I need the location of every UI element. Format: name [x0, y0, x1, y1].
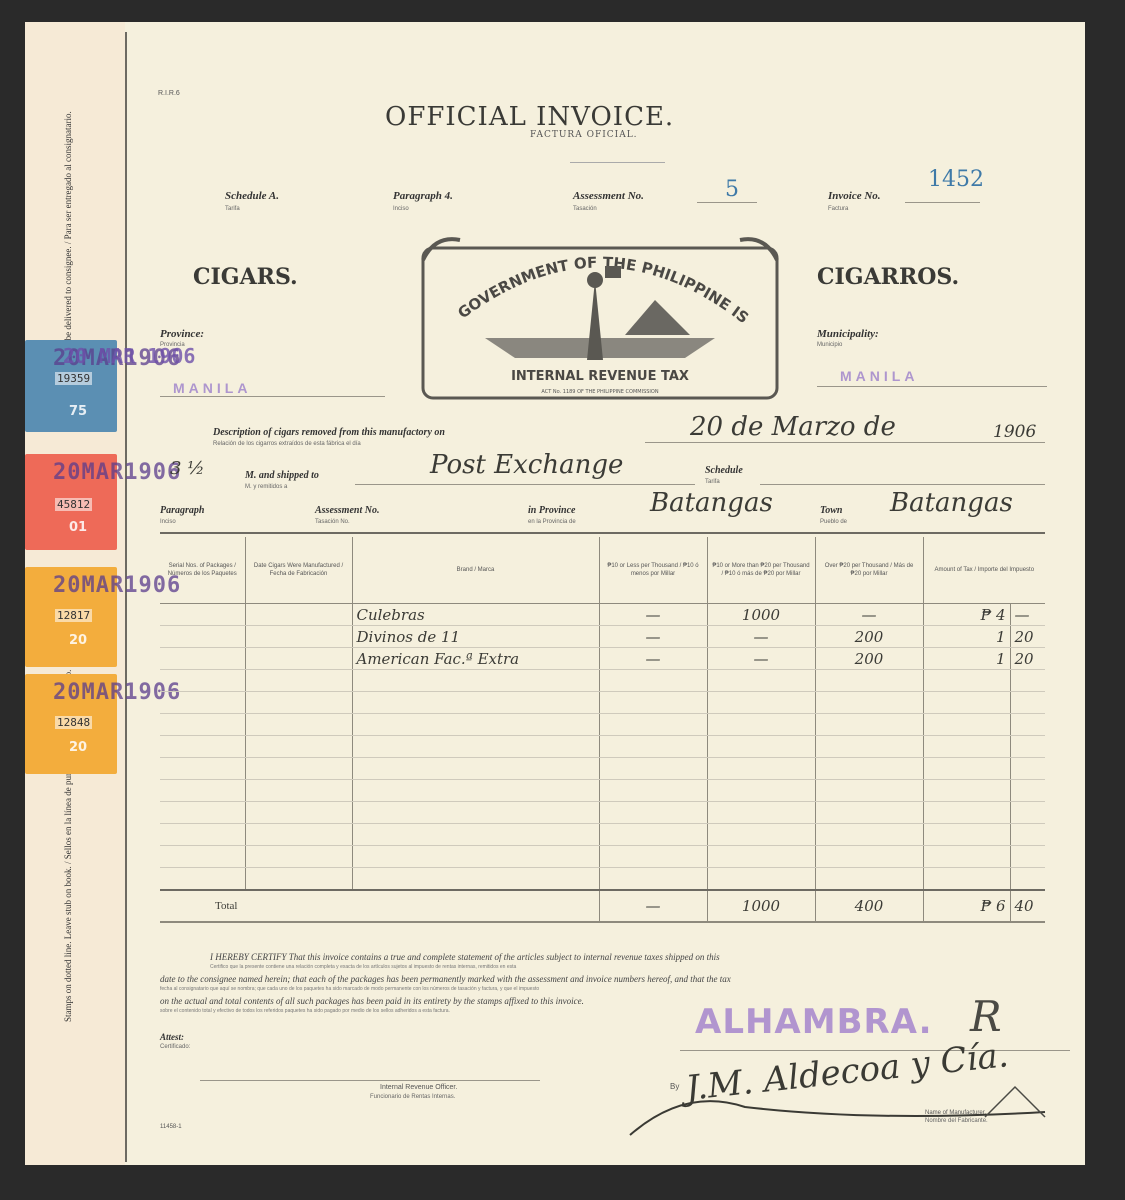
- assessment-label: Assessment No.: [573, 190, 644, 202]
- officer-signature-rule: [200, 1080, 540, 1081]
- revenue-stamp-2: 20MAR1906 45812 01: [25, 454, 117, 550]
- cell-date: [245, 648, 352, 670]
- invoice-number: 1452: [928, 167, 984, 192]
- shipped-to-sub: M. y remitidos a: [245, 484, 287, 490]
- officer-sub: Funcionario de Rentas Internas.: [370, 1094, 455, 1100]
- svg-text:GOVERNMENT OF THE PHILIPPINE I: GOVERNMENT OF THE PHILIPPINE ISLANDS: [415, 230, 752, 327]
- date-rule: [645, 442, 1045, 443]
- government-emblem: GOVERNMENT OF THE PHILIPPINE ISLANDS INT…: [415, 230, 785, 400]
- alhambra-stamp: ALHAMBRA.: [695, 1002, 933, 1042]
- schedule2-rule: [760, 484, 1045, 485]
- in-province-sub: en la Provincia de: [528, 519, 576, 525]
- cell-serial: [160, 648, 245, 670]
- invoice-document: To be delivered to consignee. / Para ser…: [25, 22, 1085, 1165]
- revenue-stamp-3: 20MAR1906 12817 20: [25, 567, 117, 667]
- invoice-sub: Factura: [828, 206, 848, 212]
- svg-text:INTERNAL REVENUE TAX: INTERNAL REVENUE TAX: [511, 369, 689, 384]
- cell-10-or-less: —: [599, 604, 707, 626]
- cell-brand: Divinos de 11: [352, 626, 599, 648]
- shipped-to-rule: [355, 484, 695, 485]
- page-title: OFFICIAL INVOICE.: [385, 102, 674, 132]
- col-date: Date Cigars Were Manufactured / Fecha de…: [245, 537, 352, 604]
- total-10-or-less: —: [599, 890, 707, 922]
- paragraph-label: Paragraph 4.: [393, 190, 453, 202]
- cell-tax-cents: 20: [1010, 648, 1045, 670]
- emblem-icon: GOVERNMENT OF THE PHILIPPINE ISLANDS INT…: [415, 230, 785, 400]
- province-rule: [160, 396, 385, 397]
- assessment-sub: Tasación: [573, 206, 597, 212]
- certification-line-1: I HEREBY CERTIFY That this invoice conta…: [210, 952, 720, 962]
- empty-row: [160, 824, 1045, 846]
- cell-serial: [160, 626, 245, 648]
- town-sub: Pueblo de: [820, 519, 847, 525]
- revenue-stamp-4: 20MAR1906 12848 20: [25, 674, 117, 774]
- municipality-label: Municipality:: [817, 328, 879, 340]
- table-header-row: Serial Nos. of Packages / Números de los…: [160, 537, 1045, 604]
- invoice-rule: [905, 202, 980, 203]
- empty-row: [160, 714, 1045, 736]
- invoice-label: Invoice No.: [828, 190, 881, 202]
- certification-line-2: date to the consignee named herein; that…: [160, 974, 731, 984]
- officer-label: Internal Revenue Officer.: [380, 1084, 457, 1091]
- page-subtitle: FACTURA OFICIAL.: [530, 130, 638, 140]
- cell-10-or-less: —: [599, 626, 707, 648]
- col-10-to-20: ₱10 or More than ₱20 per Thousand / ₱10 …: [707, 537, 815, 604]
- town-value: Batangas: [890, 488, 1013, 518]
- cell-over-20: 200: [815, 648, 923, 670]
- in-province-value: Batangas: [650, 488, 773, 518]
- total-over-20: 400: [815, 890, 923, 922]
- footer-code: 11458-1: [160, 1124, 182, 1130]
- cell-date: [245, 604, 352, 626]
- table-row: Divinos de 11 — — 200 1 20: [160, 626, 1045, 648]
- empty-row: [160, 780, 1045, 802]
- total-tax-pesos: ₱ 6: [923, 890, 1010, 922]
- town-label: Town: [820, 505, 842, 516]
- paragraph-sub: Inciso: [393, 206, 409, 212]
- schedule2-sub: Tarifa: [705, 479, 720, 485]
- cell-tax-cents: 20: [1010, 626, 1045, 648]
- cell-tax-pesos: 1: [923, 626, 1010, 648]
- signature-flourish: [625, 1067, 1065, 1137]
- certification-line-1-sub: Certifico que la presente contiene una r…: [210, 964, 516, 970]
- empty-row: [160, 758, 1045, 780]
- total-10-to-20: 1000: [707, 890, 815, 922]
- col-over-20: Over ₱20 per Thousand / Más de ₱20 por M…: [815, 537, 923, 604]
- empty-row: [160, 802, 1045, 824]
- cell-over-20: —: [815, 604, 923, 626]
- attest-sub: Certificado:: [160, 1044, 190, 1050]
- table-row: Culebras — 1000 — ₱ 4 —: [160, 604, 1045, 626]
- certification-line-2-sub: fecha al consignatario que aquí se nombr…: [160, 986, 539, 992]
- certification-line-3-sub: sobre el contenido total y efectivo de t…: [160, 1008, 450, 1014]
- municipality-rule: [817, 386, 1047, 387]
- empty-row: [160, 736, 1045, 758]
- manufacturer-sub: Nombre del Fabricante.: [925, 1118, 988, 1124]
- schedule-sub: Tarifa: [225, 206, 240, 212]
- cell-10-or-less: —: [599, 648, 707, 670]
- empty-row: [160, 670, 1045, 692]
- svg-text:ACT No. 1189 OF THE PHILIPPINE: ACT No. 1189 OF THE PHILIPPINE COMMISSIO…: [541, 389, 658, 395]
- cigarros-heading: CIGARROS.: [817, 264, 959, 290]
- stub-upper-text: To be delivered to consignee. / Para ser…: [63, 111, 73, 352]
- paragraph2-sub: Inciso: [160, 519, 176, 525]
- table-row: American Fac.ª Extra — — 200 1 20: [160, 648, 1045, 670]
- cell-over-20: 200: [815, 626, 923, 648]
- cell-date: [245, 626, 352, 648]
- schedule2-label: Schedule: [705, 465, 743, 476]
- flourish-icon: [625, 1067, 1065, 1137]
- description-sub: Relación de los cigarros extraídos de es…: [213, 441, 361, 447]
- assessment2-label: Assessment No.: [315, 505, 379, 516]
- total-label: Total: [160, 890, 599, 922]
- paragraph2-label: Paragraph: [160, 505, 204, 516]
- empty-row: [160, 846, 1045, 868]
- cell-tax-pesos: 1: [923, 648, 1010, 670]
- shipped-to-value: Post Exchange: [430, 450, 623, 480]
- total-row: Total — 1000 400 ₱ 6 40: [160, 890, 1045, 922]
- col-brand: Brand / Marca: [352, 537, 599, 604]
- empty-row: [160, 868, 1045, 891]
- schedule-label: Schedule A.: [225, 190, 279, 202]
- invoice-table: Serial Nos. of Packages / Números de los…: [160, 537, 1045, 923]
- empty-row: [160, 692, 1045, 714]
- cell-brand: Culebras: [352, 604, 599, 626]
- assessment2-sub: Tasación No.: [315, 519, 350, 525]
- cigars-heading: CIGARS.: [193, 264, 298, 290]
- col-amount-of-tax: Amount of Tax / Importe del Impuesto: [923, 537, 1045, 604]
- description-year: 1906: [993, 422, 1036, 442]
- cell-serial: [160, 604, 245, 626]
- cell-tax-pesos: ₱ 4: [923, 604, 1010, 626]
- table-top-rule: [160, 532, 1045, 534]
- manufacturer-label: Name of Manufacturer.: [925, 1110, 986, 1116]
- province-label: Province:: [160, 328, 204, 340]
- cell-10-to-20: 1000: [707, 604, 815, 626]
- assessment-number: 5: [725, 177, 739, 202]
- form-code: R.I.R.6: [158, 90, 180, 97]
- shipped-to-label: M. and shipped to: [245, 470, 319, 481]
- cell-10-to-20: —: [707, 626, 815, 648]
- col-serial: Serial Nos. of Packages / Números de los…: [160, 537, 245, 604]
- in-province-label: in Province: [528, 505, 576, 516]
- municipality-sub: Municipio: [817, 342, 842, 348]
- cell-10-to-20: —: [707, 648, 815, 670]
- mfr-value: 3 ½: [170, 458, 205, 479]
- cancellation-date-stamp: 20 MAR 1906: [63, 344, 195, 368]
- attest-label: Attest:: [160, 1032, 184, 1042]
- total-tax-cents: 40: [1010, 890, 1045, 922]
- description-date: 20 de Marzo de: [690, 412, 896, 442]
- municipality-value: MANILA: [840, 368, 918, 384]
- cell-brand: American Fac.ª Extra: [352, 648, 599, 670]
- province-value: MANILA: [173, 380, 251, 396]
- assessment-rule: [697, 202, 757, 203]
- col-10-or-less: ₱10 or Less per Thousand / ₱10 ó menos p…: [599, 537, 707, 604]
- initials-signature: R: [970, 992, 1002, 1041]
- cell-tax-cents: —: [1010, 604, 1045, 626]
- title-rule: [570, 162, 665, 163]
- description-label: Description of cigars removed from this …: [213, 427, 445, 438]
- certification-line-3: on the actual and total contents of all …: [160, 996, 584, 1006]
